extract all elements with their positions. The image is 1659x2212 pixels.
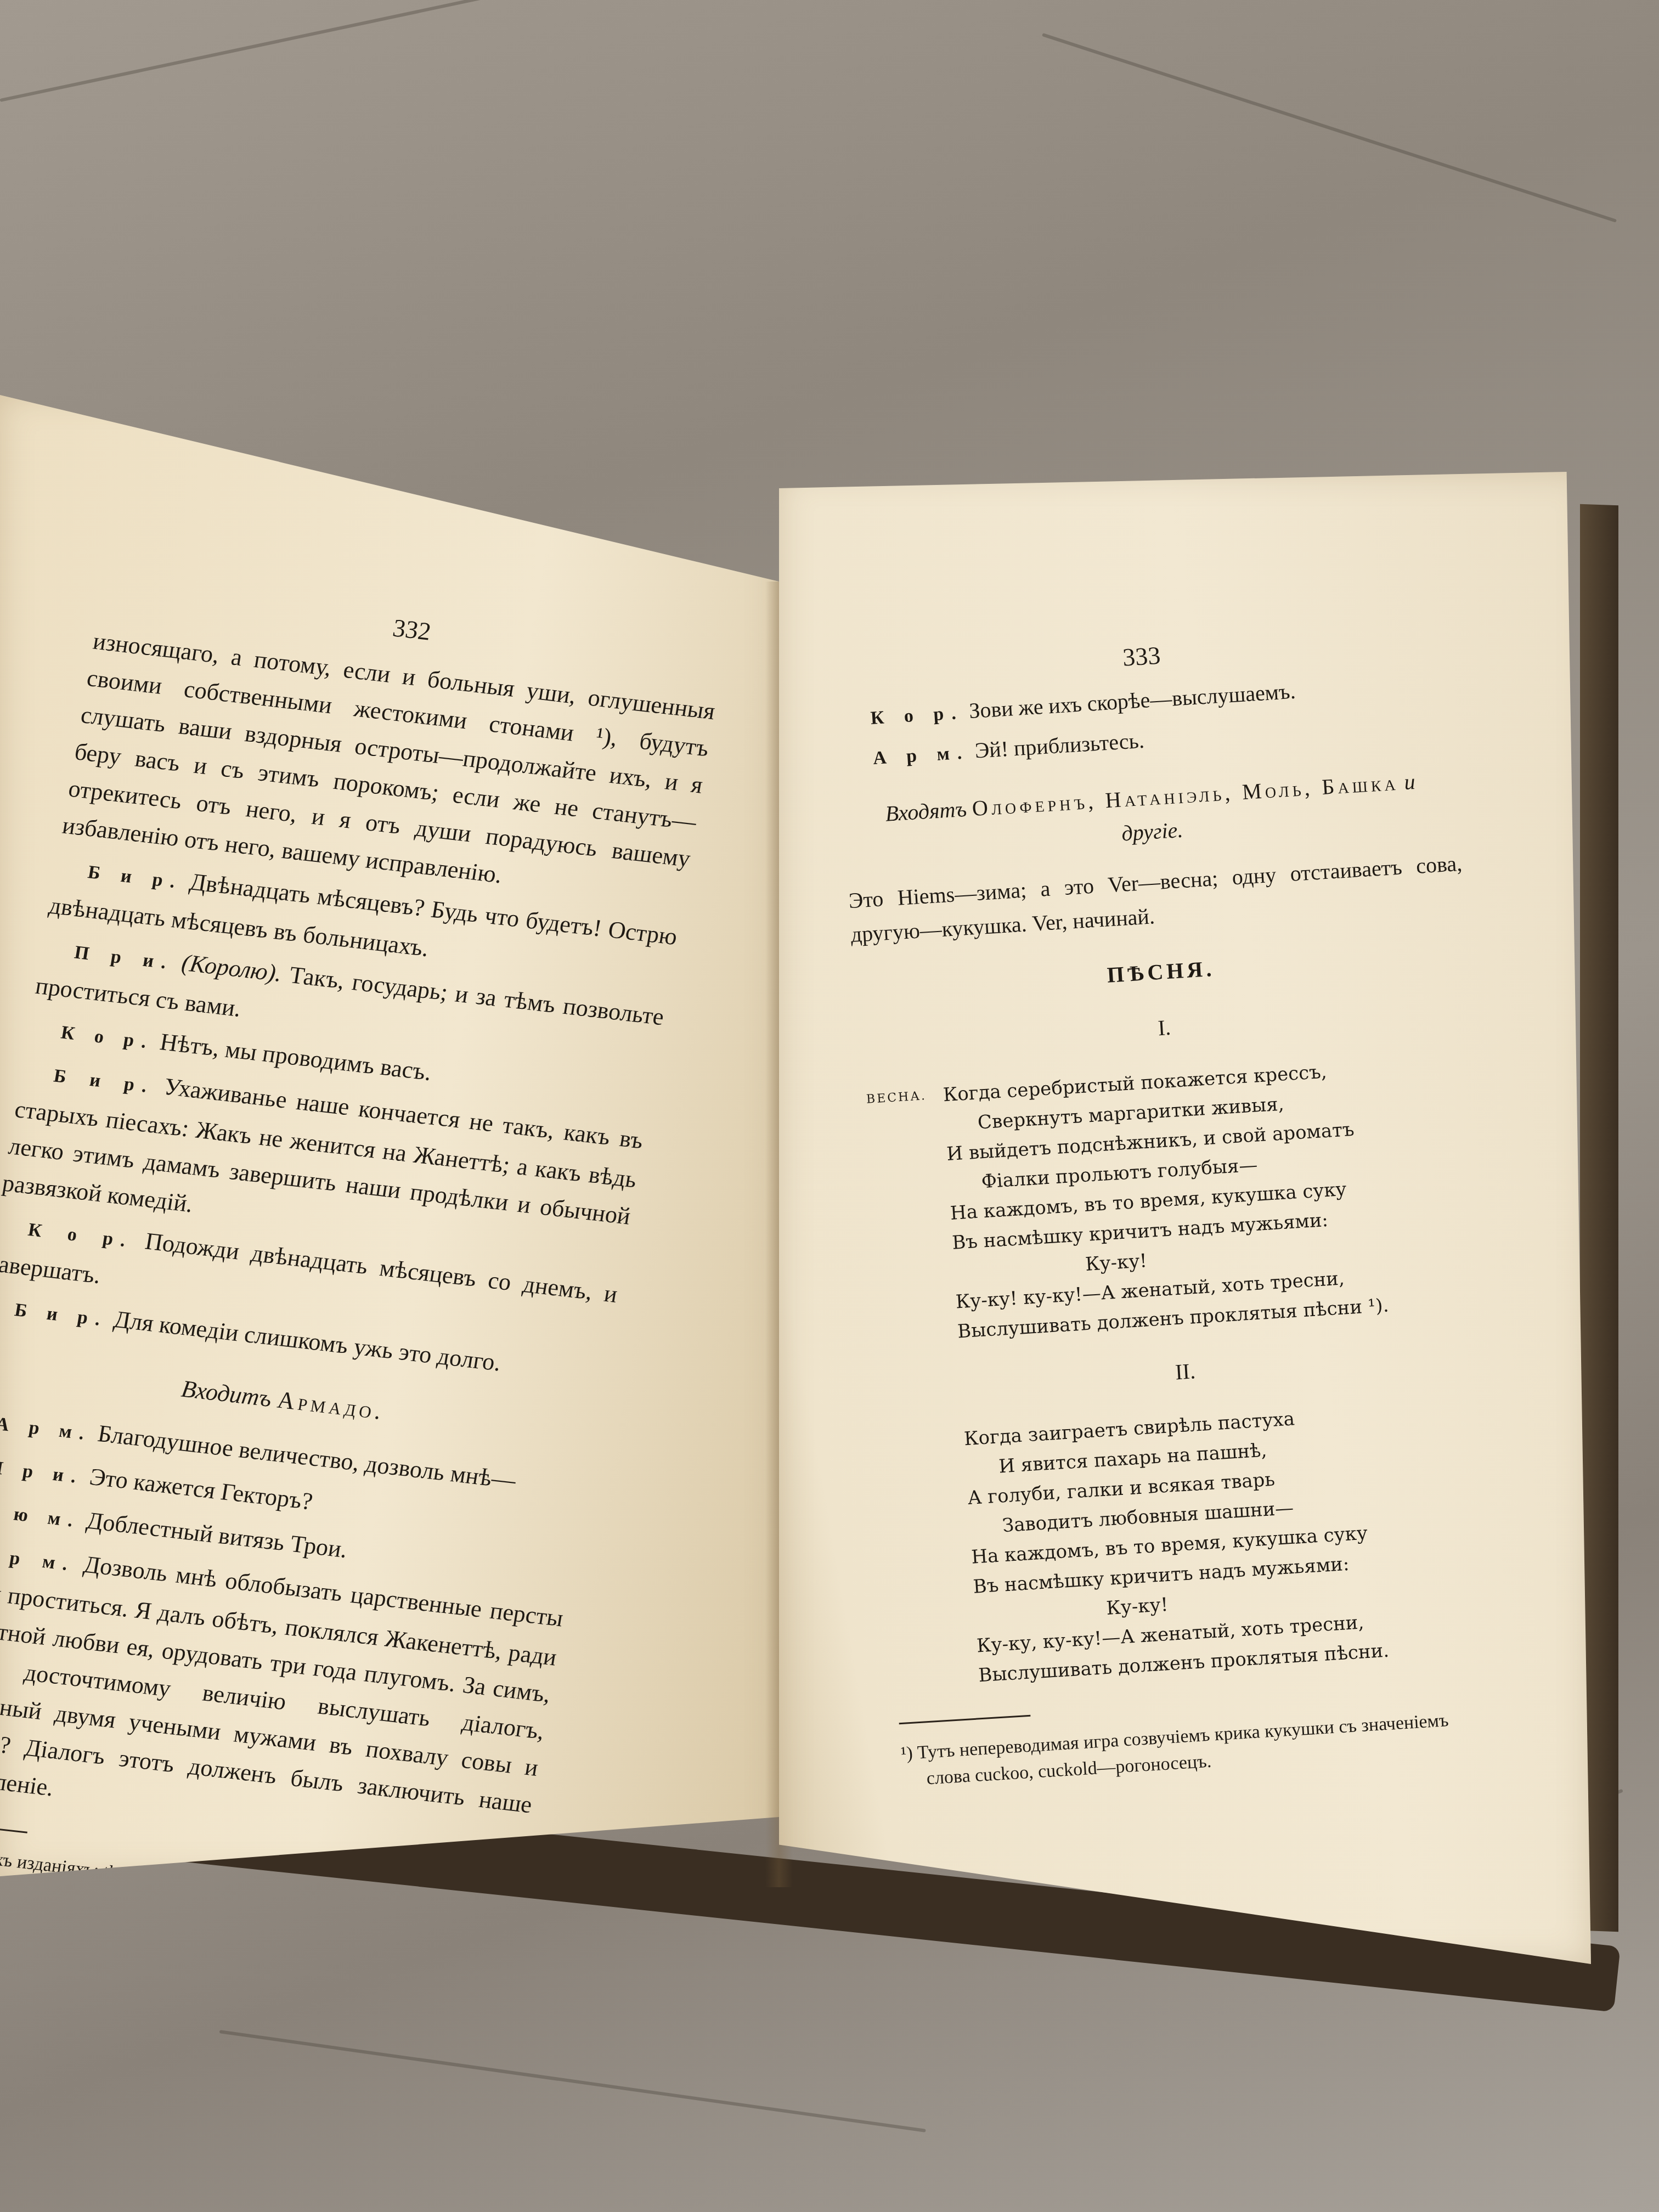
- song-title: ПѢСНЯ.: [853, 936, 1469, 1008]
- stage-direction-others: другіе.: [1121, 817, 1183, 846]
- footnote-divider: [899, 1715, 1031, 1725]
- right-page-content: 333 К о р. Зови же ихъ скорѣе—выслушаемъ…: [834, 621, 1516, 1794]
- song-intro: Это Hiems—зима; а это Ver—весна; одну от…: [848, 847, 1465, 952]
- dialogue-text: Зови же ихъ скорѣе—выслушаемъ.: [968, 679, 1296, 723]
- stage-direction-names: Армадо.: [275, 1386, 386, 1425]
- stanza-number: II.: [878, 1336, 1493, 1407]
- speaker-label: К о р.: [870, 703, 964, 729]
- footnote-emphasis: dear: [177, 1870, 214, 1876]
- stage-direction-and: и: [1403, 769, 1416, 794]
- speaker-label: Б и р.: [86, 862, 184, 893]
- speaker-label: А р м.: [0, 1414, 93, 1444]
- footnote-divider: [0, 1817, 27, 1833]
- speaker-label: А р м.: [872, 742, 970, 769]
- footnote-marker: ¹): [900, 1743, 913, 1764]
- verse-stanza: Когда заиграетъ свирѣль пастуха И явится…: [881, 1392, 1511, 1695]
- dialogue-text: Дозволь мнѣ облобызать царственные перст…: [0, 1551, 565, 1819]
- verse-speaker: ВЕСНА.: [866, 1081, 928, 1115]
- surface-vein: [0, 0, 483, 102]
- stage-direction-names: Олофернъ, Натаніэль, Моль, Башка: [972, 770, 1400, 821]
- surface-vein: [219, 2030, 926, 2132]
- left-page-content: 332 износящаго, а потому, если и больныя…: [0, 576, 726, 1876]
- speaker-label: А р м.: [0, 1544, 77, 1576]
- stanza-number: I.: [856, 992, 1472, 1063]
- stage-direction-verb: Входятъ: [884, 797, 967, 826]
- dialogue-text: Эй! приблизьтесь.: [974, 728, 1145, 763]
- speaker-label: К о р.: [26, 1220, 134, 1251]
- speaker-label: П р и.: [0, 1457, 85, 1488]
- speaker-label: П р и.: [73, 943, 176, 974]
- speaker-label: Б и р.: [52, 1066, 156, 1097]
- stage-direction-verb: Входитъ: [179, 1375, 274, 1412]
- surface-vein: [1042, 33, 1617, 223]
- footnote-text: Въ прежнихъ изданіяхъ: their own: [0, 1839, 180, 1876]
- open-book: 332 износящаго, а потому, если и больныя…: [0, 384, 1659, 1975]
- speaker-label: Б и р.: [13, 1300, 110, 1330]
- right-page: 333 К о р. Зови же ихъ скорѣе—выслушаемъ…: [779, 472, 1591, 1964]
- left-page: 332 износящаго, а потому, если и больныя…: [0, 395, 779, 1876]
- speaker-label: Д ю м.: [0, 1500, 82, 1532]
- speaker-label: К о р.: [59, 1023, 155, 1053]
- verse-stanza: ВЕСНА. Когда серебристый покажется кресс…: [860, 1048, 1490, 1351]
- stage-aside: (Королю).: [180, 949, 284, 987]
